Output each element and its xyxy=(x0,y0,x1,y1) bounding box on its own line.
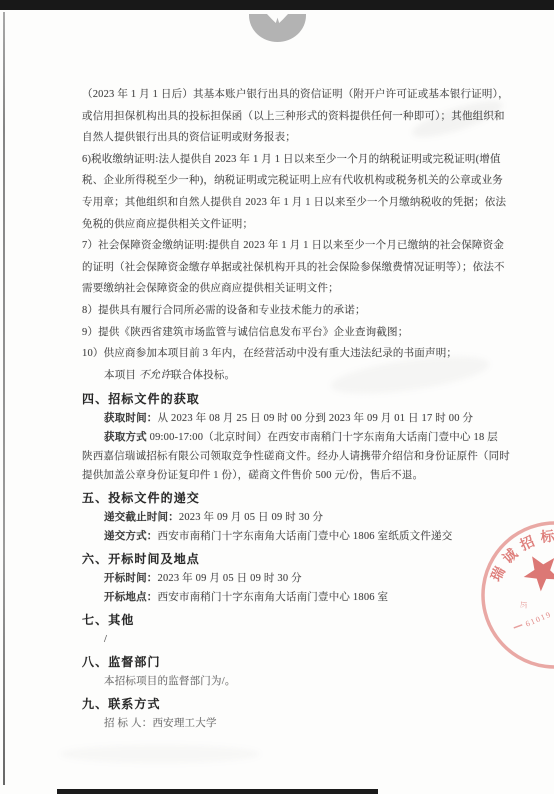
text-run: （2023 年 1 月 1 日后）其基本账户银行出具的资信证明（附开户许可证或基… xyxy=(82,89,509,100)
seal-digits: 61019 xyxy=(524,610,553,629)
doc-line: 免税的供应商应提供相关文件证明； xyxy=(82,214,496,236)
text-run: 四、招标文件的获取 xyxy=(82,392,200,406)
section-heading: 八、监督部门 xyxy=(82,652,496,672)
text-run: 不允许 xyxy=(139,370,171,381)
doc-line: 7）社会保障资金缴纳证明:提供自 2023 年 1 月 1 日以来至少一个月已缴… xyxy=(82,235,496,257)
text-run: 专用章；其他组织和自然人提供自 2023 年 1 月 1 日以来至少一个月缴纳税… xyxy=(82,197,506,208)
text-run: 8）提供具有履行合同所必需的设备和专业技术能力的承诺； xyxy=(82,305,366,316)
text-run: 需要缴纳社会保障资金的供应商应提供相关证明文件； xyxy=(82,283,339,294)
text-run: 八、监督部门 xyxy=(82,655,161,669)
doc-line: 或信用担保机构出具的投标担保函（以上三种形式的资料提供任何一种即可）；其他组织和 xyxy=(82,106,496,128)
text-run: 从 2023 年 08 月 25 日 09 时 00 分到 2023 年 09 … xyxy=(158,413,474,424)
doc-line: 需要缴纳社会保障资金的供应商应提供相关证明文件； xyxy=(82,278,496,300)
doc-line: 6)税收缴纳证明:法人提供自 2023 年 1 月 1 日以来至少一个月的纳税证… xyxy=(82,149,496,171)
page-edge-line xyxy=(3,12,5,785)
text-run: / xyxy=(104,634,107,645)
text-run: 联合体投标。 xyxy=(171,370,235,381)
text-run: 免税的供应商应提供相关文件证明； xyxy=(82,219,253,230)
text-run: 或信用担保机构出具的投标担保函（以上三种形式的资料提供任何一种即可）；其他组织和 xyxy=(82,111,505,122)
text-run: 的证明（社会保障资金缴存单据或社保机构开具的社会保险参保缴费情况证明等）；依法不 xyxy=(82,262,505,273)
text-run: 获取方式 xyxy=(104,432,147,443)
doc-line: 专用章；其他组织和自然人提供自 2023 年 1 月 1 日以来至少一个月缴纳税… xyxy=(82,192,496,214)
doc-line: 招 标 人：西安理工大学 xyxy=(82,714,496,733)
doc-line: 本招标项目的监督部门为/。 xyxy=(82,672,496,691)
text-run: 2023 年 09 月 05 日 09 时 30 分 xyxy=(158,573,302,584)
doc-line: 递交截止时间：2023 年 09 月 05 日 09 时 30 分 xyxy=(82,508,496,527)
doc-line: 9）提供《陕西省建筑市场监管与诚信信息发布平台》企业查询截图； xyxy=(82,322,496,344)
text-run: 西安市南稍门十字东南角大话南门壹中心 1806 室 xyxy=(158,592,389,603)
doc-line: 获取时间：从 2023 年 08 月 25 日 09 时 00 分到 2023 … xyxy=(82,409,496,428)
text-run: 九、联系方式 xyxy=(82,697,161,711)
section-heading: 九、联系方式 xyxy=(82,694,496,714)
text-run: 开标地点： xyxy=(104,592,158,603)
doc-line: 开标地点：西安市南稍门十字东南角大话南门壹中心 1806 室 xyxy=(82,588,496,607)
doc-line: （2023 年 1 月 1 日后）其基本账户银行出具的资信证明（附开户许可证或基… xyxy=(82,84,496,106)
doc-line: 的证明（社会保障资金缴存单据或社保机构开具的社会保险参保缴费情况证明等）；依法不 xyxy=(82,257,496,279)
text-run: 10）供应商参加本项目前 3 年内，在经营活动中没有重大违法纪录的书面声明； xyxy=(82,348,457,359)
text-run: 本项目 xyxy=(104,370,139,381)
doc-line: 递交方式：西安市南稍门十字东南角大话南门壹中心 1806 室纸质文件递交 xyxy=(82,527,496,546)
text-run: 六、开标时间及地点 xyxy=(82,552,200,566)
text-run: 获取时间： xyxy=(104,413,158,424)
document-body: （2023 年 1 月 1 日后）其基本账户银行出具的资信证明（附开户许可证或基… xyxy=(82,84,496,733)
doc-line: 本项目 不允许联合体投标。 xyxy=(82,365,496,387)
doc-line: 8）提供具有履行合同所必需的设备和专业技术能力的承诺； xyxy=(82,300,496,322)
text-run: 五、投标文件的递交 xyxy=(82,491,200,505)
section-heading: 四、招标文件的获取 xyxy=(82,389,496,409)
doc-line: 获取方式 09:00-17:00（北京时间）在西安市南稍门十字东南角大话南门壹中… xyxy=(82,428,496,447)
doc-line: 自然人提供银行出具的资信证明或财务报表； xyxy=(82,127,496,149)
doc-line: / xyxy=(82,630,496,649)
text-run: 提供加盖公章身份证复印件 1 份），磋商文件售价 500 元/份，售后不退。 xyxy=(82,470,423,481)
text-run: 七、其他 xyxy=(82,613,134,627)
scan-top-bar xyxy=(0,0,554,10)
binder-clip-icon xyxy=(249,14,306,42)
text-run: 6)税收缴纳证明:法人提供自 2023 年 1 月 1 日以来至少一个月的纳税证… xyxy=(82,154,501,165)
text-run: 陕西嘉信瑞诚招标有限公司领取竞争性磋商文件。经办人请携带介绍信和身份证原件（同时 xyxy=(82,451,510,462)
star-icon xyxy=(517,547,554,595)
scan-smudge xyxy=(60,745,260,763)
section-heading: 五、投标文件的递交 xyxy=(82,488,496,508)
doc-line: 开标时间：2023 年 09 月 05 日 09 时 30 分 xyxy=(82,569,496,588)
doc-line: 提供加盖公章身份证复印件 1 份），磋商文件售价 500 元/份，售后不退。 xyxy=(82,466,496,485)
text-run: 递交截止时间： xyxy=(104,512,179,523)
text-run: 7）社会保障资金缴纳证明:提供自 2023 年 1 月 1 日以来至少一个月已缴… xyxy=(82,240,504,251)
doc-line: 税、企业所得税至少一种)，纳税证明或完税证明上应有代收机构或税务机关的公章或业务 xyxy=(82,170,496,192)
scanned-document-page: （2023 年 1 月 1 日后）其基本账户银行出具的资信证明（附开户许可证或基… xyxy=(0,0,554,794)
text-run: 招 标 人：西安理工大学 xyxy=(104,718,217,729)
text-run: 西安市南稍门十字东南角大话南门壹中心 1806 室纸质文件递交 xyxy=(158,531,453,542)
section-heading: 六、开标时间及地点 xyxy=(82,549,496,569)
doc-line: 陕西嘉信瑞诚招标有限公司领取竞争性磋商文件。经办人请携带介绍信和身份证原件（同时 xyxy=(82,447,496,466)
text-run: 税、企业所得税至少一种)，纳税证明或完税证明上应有代收机构或税务机关的公章或业务 xyxy=(82,175,503,186)
text-run: 自然人提供银行出具的资信证明或财务报表； xyxy=(82,132,296,143)
scan-bottom-bar xyxy=(57,789,378,794)
text-run: 本招标项目的监督部门为/。 xyxy=(104,676,236,687)
text-run: 09:00-17:00（北京时间）在西安市南稍门十字东南角大话南门壹中心 18 … xyxy=(147,432,498,443)
doc-line: 10）供应商参加本项目前 3 年内，在经营活动中没有重大违法纪录的书面声明； xyxy=(82,343,496,365)
text-run: 递交方式： xyxy=(104,531,158,542)
section-heading: 七、其他 xyxy=(82,610,496,630)
text-run: 2023 年 09 月 05 日 09 时 30 分 xyxy=(179,512,323,523)
text-run: 开标时间： xyxy=(104,573,158,584)
seal-inner-char: 今 xyxy=(517,598,531,612)
text-run: 9）提供《陕西省建筑市场监管与诚信信息发布平台》企业查询截图； xyxy=(82,327,408,338)
